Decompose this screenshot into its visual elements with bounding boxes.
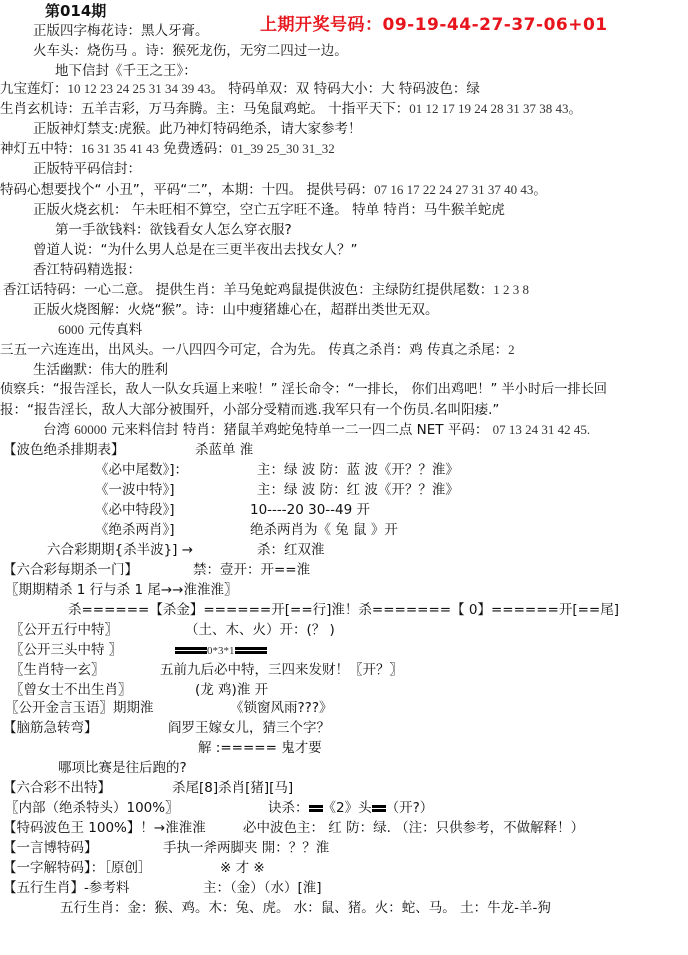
inner-kill-label: 〖内部（绝杀特头）100%〗: [5, 799, 179, 817]
humor-title: 生活幽默：伟大的胜利: [33, 361, 168, 379]
one-word-bet-label: 【一言博特码】: [3, 839, 98, 857]
envelope-title: 正版特平码信封：: [33, 160, 141, 178]
no-special-label: 【六合彩不出特】: [3, 779, 111, 797]
provided-numbers: 07 16 17 22 24 27 31 37 40 43。: [374, 182, 546, 197]
must-tail-value: 主：绿 波 防：蓝 波《开？？淮》: [257, 461, 459, 479]
golden-words-label: 〖公开金言玉语〗期期淮: [5, 699, 154, 717]
lamp-ban-line: 正版神灯禁支:虎猴。此乃神灯特码绝杀，请大家参考！: [33, 120, 362, 138]
lamp-five-line: 神灯五中特：16 31 35 41 43 免费透码：01_39 25_30 31…: [0, 140, 335, 158]
kill-two-value: 绝杀两肖为《 兔 鼠 》开: [250, 521, 398, 539]
special-code-line: 特码心想要找个“ 小丑”，平码“二”，本期：十四。 提供号码：07 16 17 …: [0, 181, 546, 199]
ms-zeng-label: 〖曾女士不出生肖〗: [10, 681, 132, 699]
must-segment-label: 《必中特段》]: [95, 501, 175, 519]
three-heads-value: 0*3*1: [175, 641, 267, 660]
plum-poem-line: 正版四字梅花诗：黑人牙膏。: [33, 22, 209, 40]
brain-teaser-label: 【脑筋急转弯】: [3, 719, 98, 737]
must-tail-label: 《必中尾数》]：: [95, 461, 188, 479]
humor-line-1: 侦察兵：“报告淫长，敌人一队女兵逼上来啦！” 淫长命令：“一排长， 你们出鸡吧！…: [0, 381, 607, 399]
zodiac-mystery-value: 五前九后必中特，三四来发财！〖开？〗: [160, 661, 403, 679]
golden-words-value: 《锁窗风雨???》: [230, 699, 333, 717]
taiwan-line: 台湾 60000 元来料信封 特肖：猪鼠羊鸡蛇兔特单一二一四二点 NET 平码：…: [43, 421, 590, 439]
last-draw-label: 上期开奖号码：: [260, 15, 383, 35]
humor-line-2: 报：“报告淫长，敌人大部分被围歼，小部分受精而逃.我军只有一个伤员.名叫阳痿.”: [0, 401, 499, 419]
no-special-value: 杀尾[8]杀肖[猪][马]: [172, 779, 293, 797]
kill-door-label: 【六合彩每期杀一门】: [3, 561, 138, 579]
train-head-line: 火车头：烧伤马 。诗：猴死龙伤，无穷二四过一边。: [33, 42, 348, 60]
one-word-bet-value: 手执一斧两脚夹 開：？？淮: [163, 839, 329, 857]
bar-symbol-icon: [372, 804, 386, 813]
tail-numbers: 1 2 3 8: [493, 282, 529, 297]
fire-diagram-line: 正版火烧图解：火烧“猴”。诗：山中瘦猪雄心在，超群出类世无双。: [33, 301, 439, 319]
last-draw-banner: 上期开奖号码：09-19-44-27-37-06+01: [260, 16, 608, 34]
one-char-value: ※ 才 ※: [220, 859, 265, 877]
nine-lotus-numbers: 10 12 23 24 25 31 34 39 43: [68, 81, 211, 96]
fax-line: 三五一六连连出，出风头。一八四四今可定，合为先。 传真之杀肖：鸡 传真之杀尾：2: [0, 341, 515, 359]
zeng-says-line: 曾道人说：“为什么男人总是在三更半夜出去找女人？”: [33, 241, 358, 259]
wave-king-label: 【特码波色王 100%】！→淮淮淮: [3, 819, 206, 837]
five-elements-value: （土、木、火）开：(？ ): [185, 621, 335, 639]
one-wave-value: 主：绿 波 防：红 波《开？？淮》: [257, 481, 459, 499]
bar-symbol-icon: [175, 646, 207, 655]
bar-symbol-icon: [309, 804, 323, 813]
kill-gold-line: 杀======【杀金】======开[==行]淮！杀=======【 0】===…: [68, 601, 619, 619]
five-elements-label: 〖公开五行中特〗: [10, 621, 118, 639]
wave-king-value: 必中波色主： 红 防：绿. （注：只供参考，不做解释！）: [243, 819, 584, 837]
fax-title: 6000 元传真料: [58, 321, 142, 339]
nine-lotus-line: 九宝莲灯：10 12 23 24 25 31 34 39 43。 特码单双：双 …: [0, 80, 480, 98]
half-wave-value: 杀：红双淮: [257, 541, 325, 559]
hongkong-line: 香江话特码：一心二意。 提供生肖：羊马兔蛇鸡鼠提供波色：主绿防红提供尾数：1 2…: [3, 281, 529, 299]
wave-table-label: 【波色绝杀排期表】: [3, 441, 125, 459]
bar-symbol-icon: [235, 646, 267, 655]
one-char-label: 【一字解特码】：［原创］: [3, 859, 152, 877]
wave-table-value: 杀蓝单 淮: [195, 441, 253, 459]
first-hand-line: 第一手欲钱料：欲钱看女人怎么穿衣服?: [55, 221, 292, 239]
fire-mystery-line: 正版火烧玄机： 午未旺相不算空，空亡五字旺不逢。 特单 特肖：马牛猴羊蛇虎: [33, 201, 505, 219]
kill-two-label: 《绝杀两肖》]: [95, 521, 175, 539]
half-wave-label: 六合彩期期{杀半波}] →: [47, 541, 193, 559]
three-heads-label: 〖公开三头中特 〗: [10, 641, 122, 659]
free-numbers: 01_39 25_30 31_32: [231, 141, 335, 156]
one-wave-label: 《一波中特》]: [95, 481, 175, 499]
brain-teaser-answer: 解 :===== 鬼才要: [198, 739, 322, 757]
kill-door-value: 禁：壹开：开==淮: [193, 561, 310, 579]
five-element-zodiac-label: 【五行生肖】-参考料: [3, 879, 129, 897]
ten-finger-numbers: 01 12 17 19 24 28 31 37 38 43。: [409, 101, 581, 116]
zodiac-mystery-label: 〖生肖特一玄〗: [10, 661, 105, 679]
inner-kill-value: 诀杀：《2》头（开?）: [268, 799, 433, 817]
ms-zeng-value: (龙 鸡)淮 开: [195, 681, 268, 699]
must-segment-value: 10----20 30--49 开: [250, 501, 370, 519]
lamp-five-numbers: 16 31 35 41 43: [81, 141, 159, 156]
five-element-zodiac-list: 五行生肖：金：猴、鸡。木：兔、虎。 水：鼠、猪。火：蛇、马。 土：牛龙-羊-狗: [60, 899, 551, 917]
net-numbers: 07 13 24 31 42 45.: [493, 422, 591, 437]
last-draw-numbers: 09-19-44-27-37-06+01: [383, 15, 608, 35]
race-question: 哪项比赛是往后跑的?: [58, 759, 187, 777]
underground-envelope-title: 地下信封《千王之王》：: [55, 62, 197, 80]
issue-number: 第014期: [45, 2, 106, 20]
kill-row-tail-label: 〖期期精杀 1 行与杀 1 尾→→淮淮淮〗: [5, 581, 237, 599]
zodiac-poem-line: 生肖玄机诗：五羊吉彩，万马奔腾。主：马兔鼠鸡蛇。 十指平天下：01 12 17 …: [0, 100, 582, 118]
brain-teaser-value: 阎罗王嫁女儿，猜三个字？: [168, 719, 330, 737]
hongkong-title: 香江特码精选报：: [33, 261, 141, 279]
five-element-zodiac-value: 主：（金）（水）[淮]: [203, 879, 322, 897]
